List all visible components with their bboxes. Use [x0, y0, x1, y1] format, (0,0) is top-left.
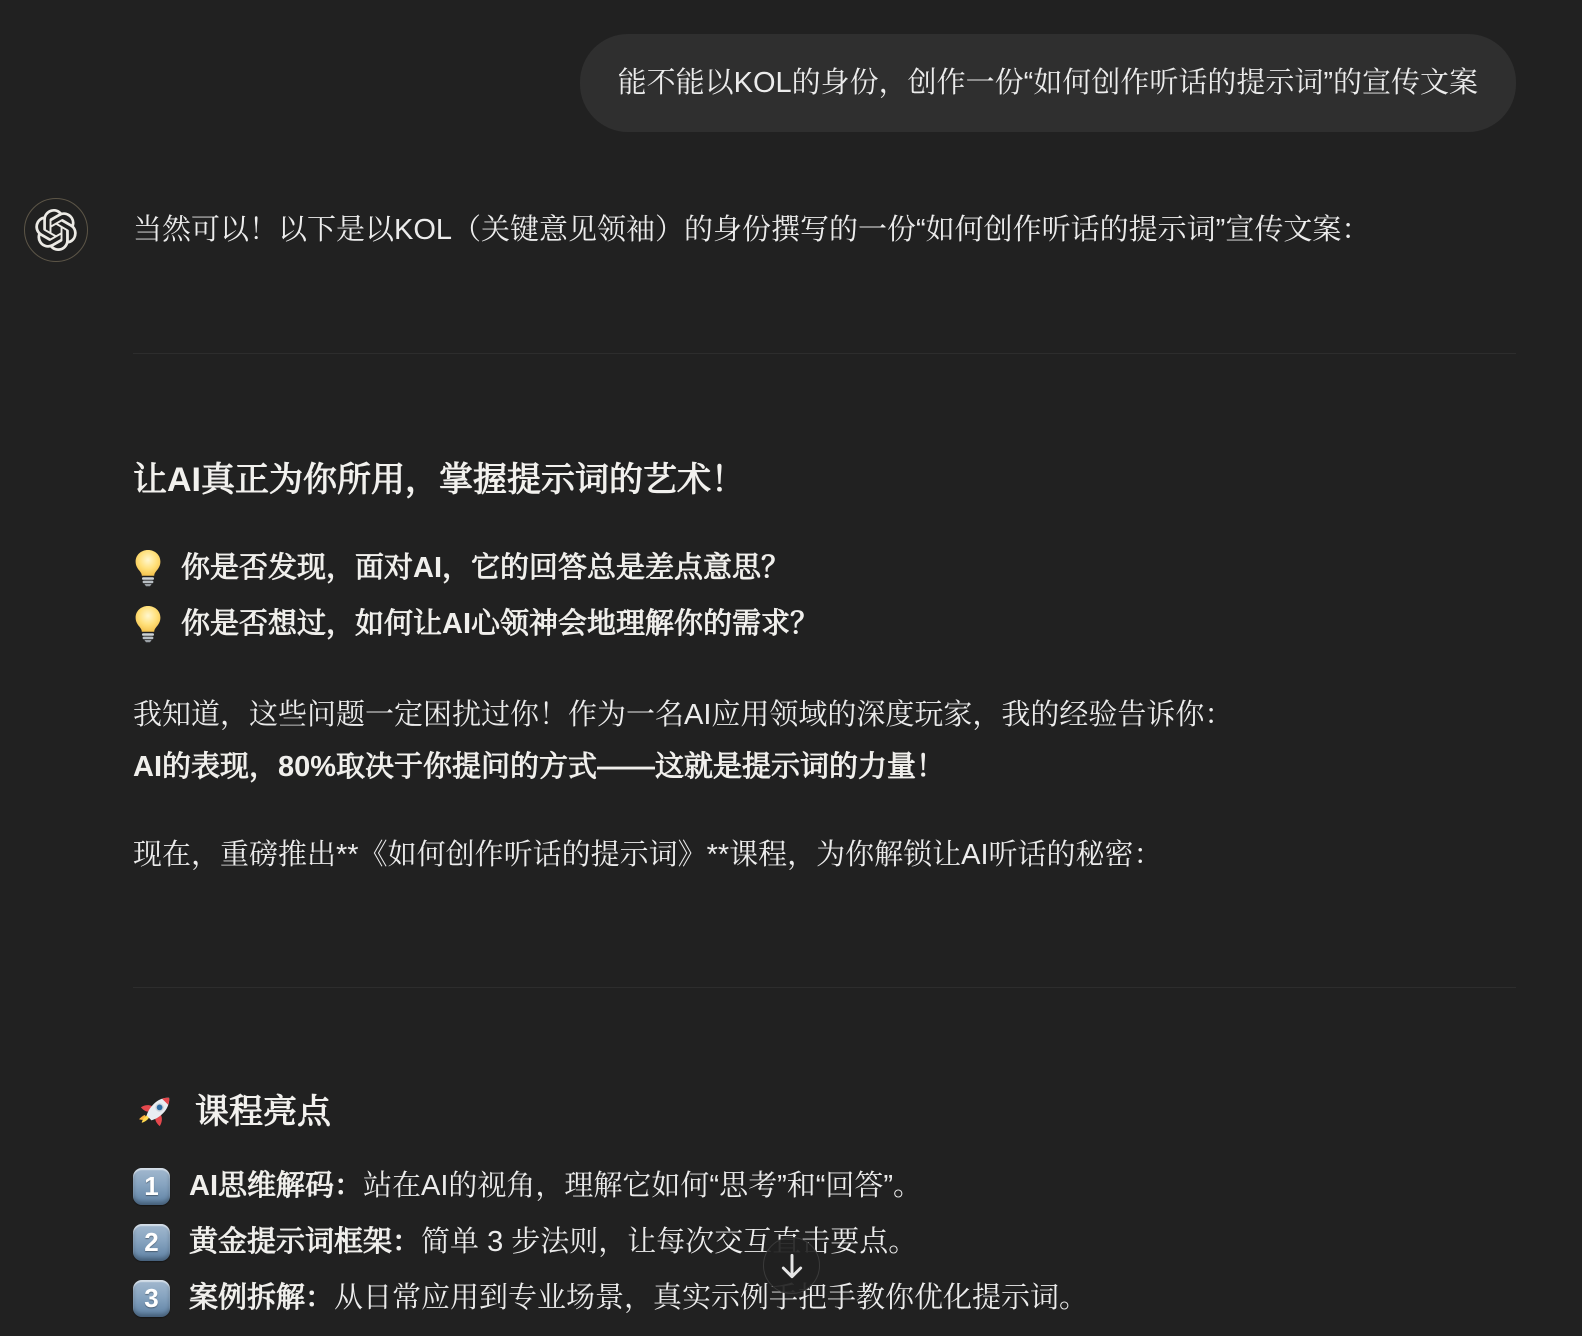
- highlight-text: 案例拆解：从日常应用到专业场景，真实示例手把手教你优化提示词。: [189, 1273, 1088, 1323]
- bullet-text: 你是否发现，面对AI，它的回答总是差点意思？: [181, 543, 790, 593]
- light-bulb-icon: [133, 549, 163, 587]
- keycap-2-icon: 2: [133, 1224, 170, 1261]
- course-intro-paragraph: 现在，重磅推出**《如何创作听话的提示词》**课程，为你解锁让AI听话的秘密：: [133, 829, 1516, 881]
- section2-heading-text: 课程亮点: [195, 1088, 331, 1136]
- bulb-list-item: 你是否想过，如何让AI心领神会地理解你的需求？: [133, 596, 1516, 652]
- rocket-icon: [133, 1090, 177, 1134]
- scroll-to-bottom-button[interactable]: [763, 1237, 820, 1294]
- paragraph-line: 我知道，这些问题一定困扰过你！作为一名AI应用领域的深度玩家，我的经验告诉你：: [133, 699, 1233, 731]
- intro-paragraph: 当然可以！以下是以KOL（关键意见领袖）的身份撰写的一份“如何创作听话的提示词”…: [133, 205, 1516, 255]
- highlight-text: AI思维解码：站在AI的视角，理解它如何“思考”和“回答”。: [189, 1161, 922, 1211]
- course-highlights-list: 1 AI思维解码：站在AI的视角，理解它如何“思考”和“回答”。 2 黄金提示词…: [133, 1158, 1516, 1326]
- bulb-list-item: 你是否发现，面对AI，它的回答总是差点意思？: [133, 540, 1516, 596]
- down-arrow-icon: [776, 1250, 808, 1282]
- assistant-message-row: 当然可以！以下是以KOL（关键意见领袖）的身份撰写的一份“如何创作听话的提示词”…: [0, 132, 1582, 1326]
- paragraph-line-bold: AI的表现，80%取决于你提问的方式——这就是提示词的力量！: [133, 751, 945, 783]
- assistant-avatar: [24, 198, 88, 262]
- highlight-item: 3 案例拆解：从日常应用到专业场景，真实示例手把手教你优化提示词。: [133, 1270, 1516, 1326]
- assistant-message-content: 当然可以！以下是以KOL（关键意见领袖）的身份撰写的一份“如何创作听话的提示词”…: [133, 198, 1516, 1326]
- keycap-1-icon: 1: [133, 1168, 170, 1205]
- highlight-item: 1 AI思维解码：站在AI的视角，理解它如何“思考”和“回答”。: [133, 1158, 1516, 1214]
- openai-logo-icon: [35, 209, 77, 251]
- experience-paragraph: 我知道，这些问题一定困扰过你！作为一名AI应用领域的深度玩家，我的经验告诉你： …: [133, 689, 1516, 793]
- bulb-list: 你是否发现，面对AI，它的回答总是差点意思？ 你是否想过，如何让AI心领神会地理…: [133, 540, 1516, 652]
- user-message-bubble: 能不能以KOL的身份，创作一份“如何创作听话的提示词”的宣传文案: [580, 34, 1516, 132]
- light-bulb-icon: [133, 605, 163, 643]
- user-message-text: 能不能以KOL的身份，创作一份“如何创作听话的提示词”的宣传文案: [618, 67, 1478, 99]
- highlight-item: 2 黄金提示词框架：简单 3 步法则，让每次交互直击要点。: [133, 1214, 1516, 1270]
- keycap-3-icon: 3: [133, 1280, 170, 1317]
- section-divider: [133, 987, 1516, 988]
- section1-heading: 让AI真正为你所用，掌握提示词的艺术！: [133, 456, 1516, 504]
- bullet-text: 你是否想过，如何让AI心领神会地理解你的需求？: [181, 599, 819, 649]
- section2-heading: 课程亮点: [133, 1088, 1516, 1136]
- user-message-row: 能不能以KOL的身份，创作一份“如何创作听话的提示词”的宣传文案: [0, 0, 1582, 132]
- section-divider: [133, 353, 1516, 354]
